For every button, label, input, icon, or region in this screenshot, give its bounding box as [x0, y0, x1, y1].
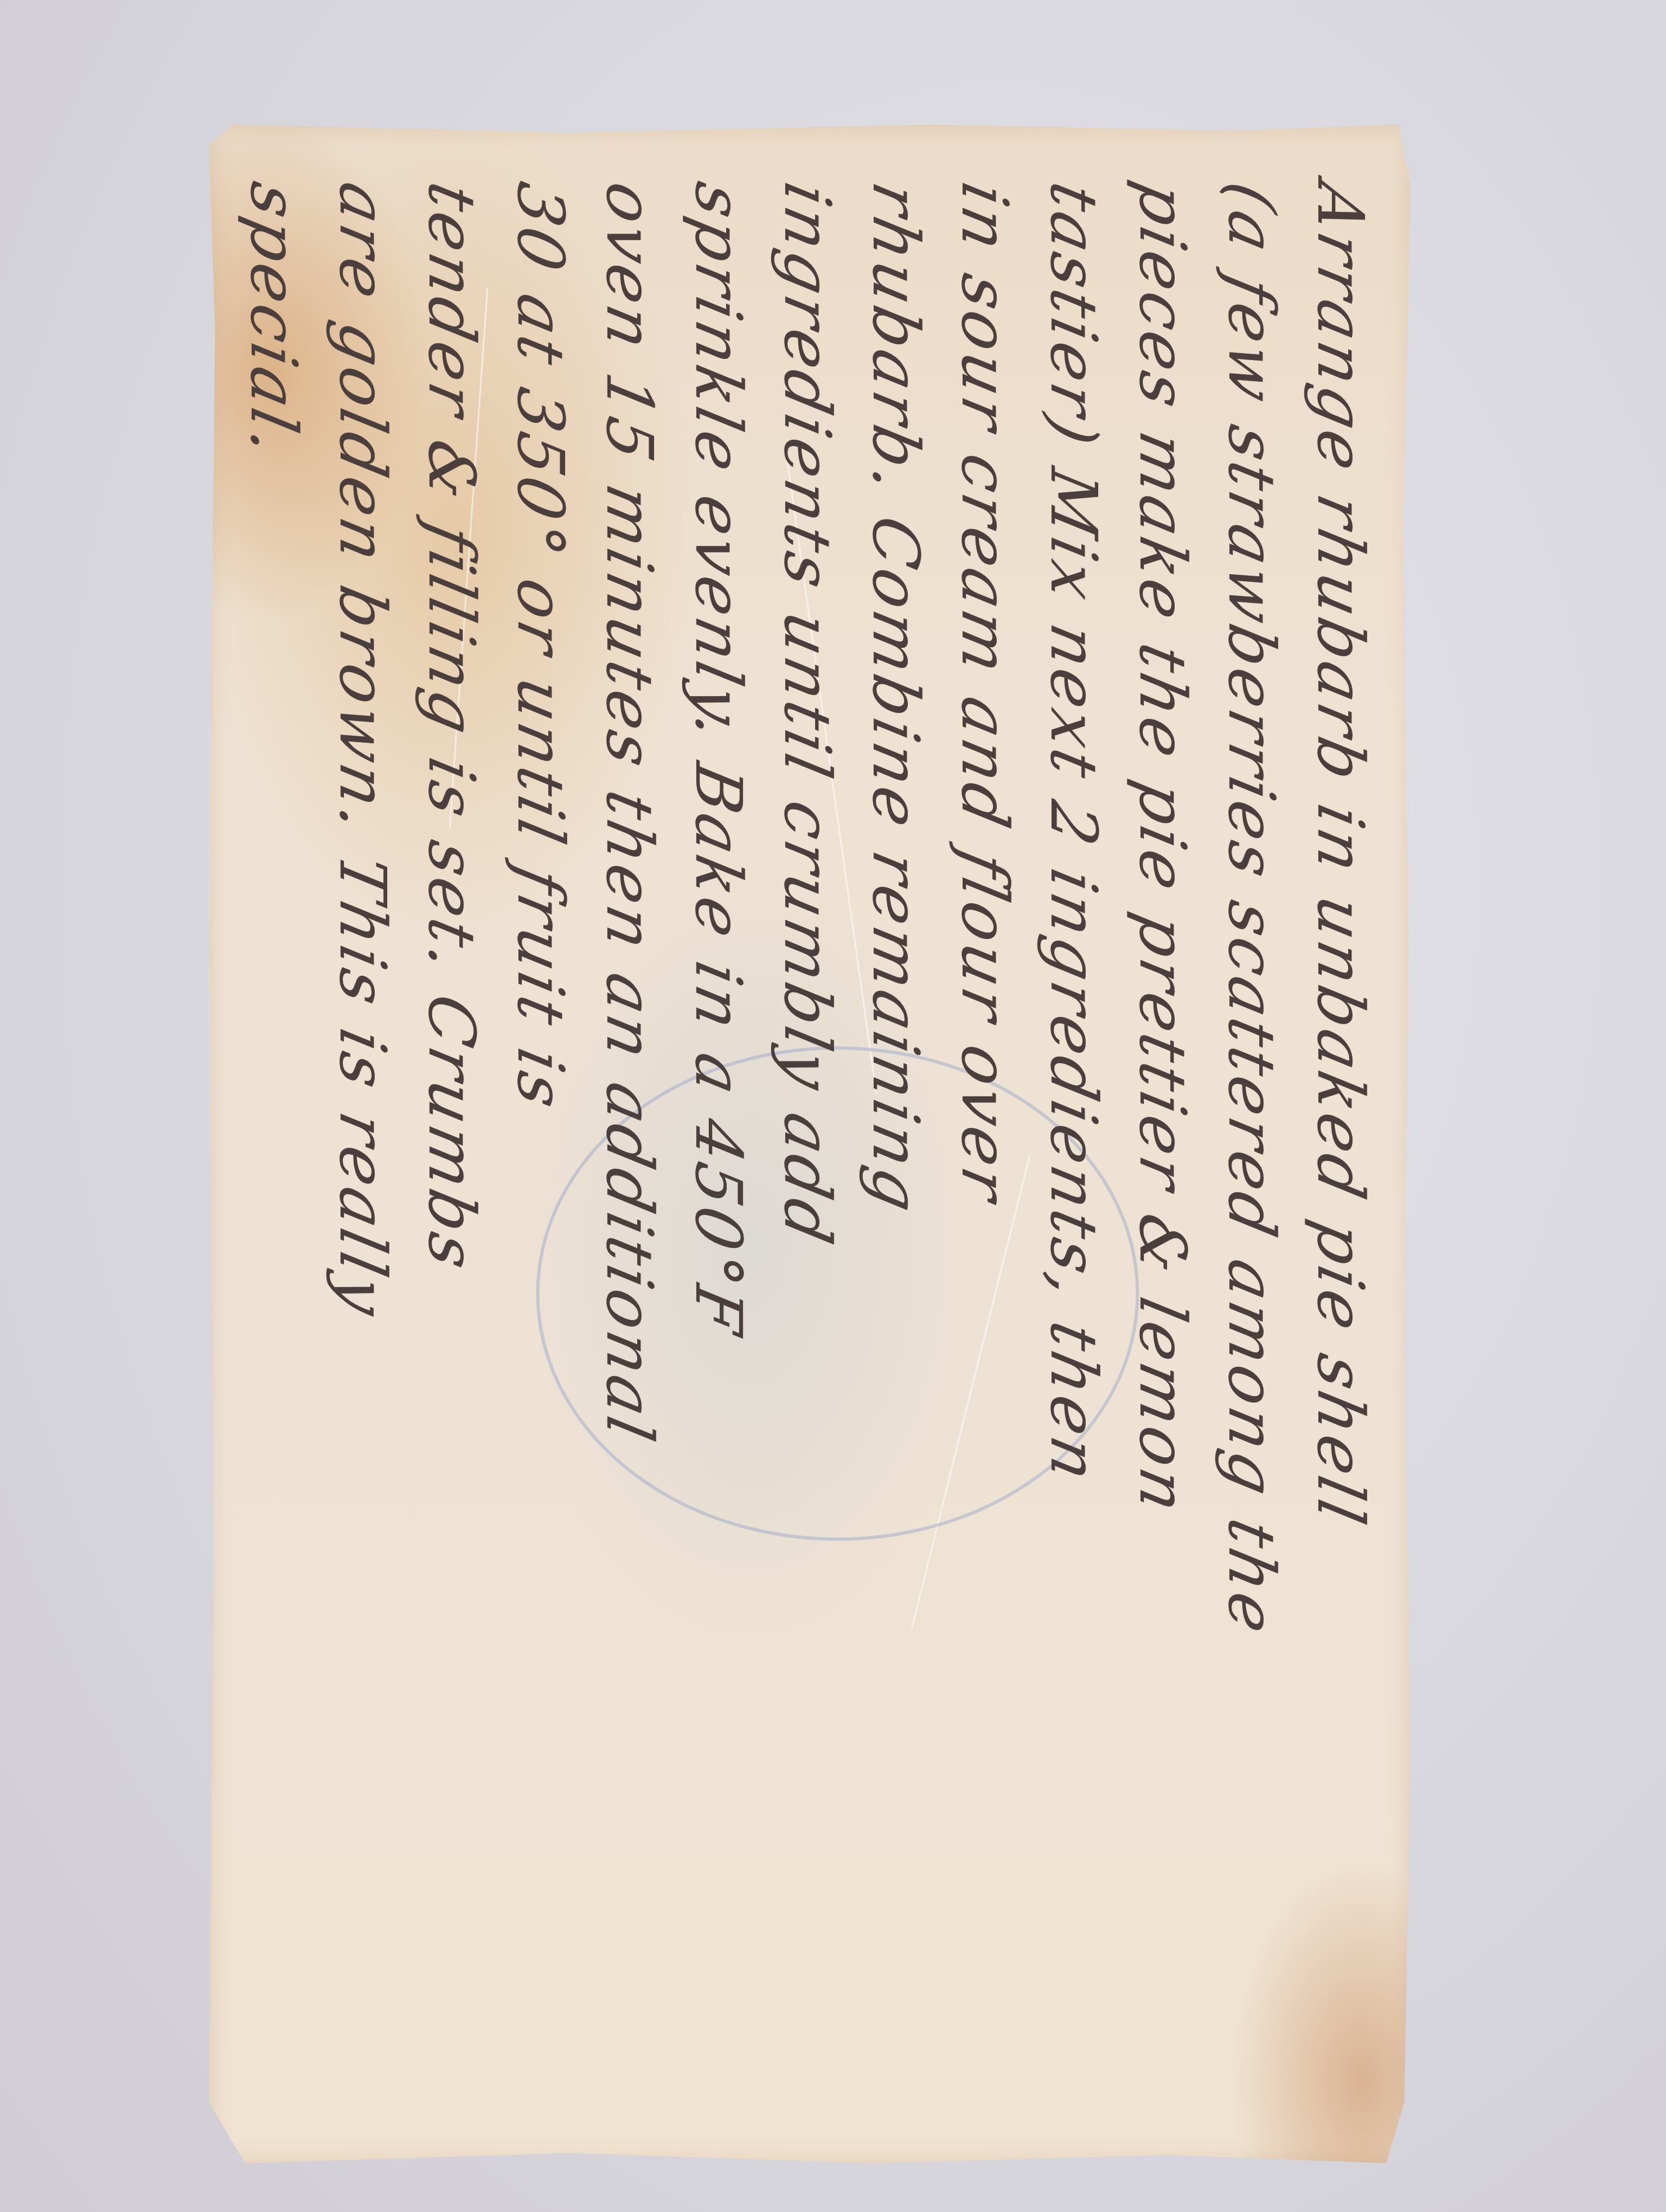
text-line: rhubarb. Combine remaining [863, 177, 927, 2121]
recipe-card: Arrange rhubarb in unbaked pie shell (a … [209, 125, 1410, 2163]
text-line: 30 at 350° or until fruit is [508, 177, 572, 2121]
text-line: tastier) Mix next 2 ingredients, then [1041, 177, 1105, 2121]
text-line: Arrange rhubarb in unbaked pie shell [1308, 177, 1372, 2121]
text-line: oven 15 minutes then an additional [597, 177, 661, 2121]
text-line: (a few strawberries scattered among the [1219, 177, 1283, 2121]
text-line: in sour cream and flour over [952, 177, 1016, 2121]
text-line: special. [241, 177, 305, 2121]
text-line: are golden brown. This is really [330, 177, 394, 2121]
text-line: pieces make the pie prettier & lemon [1130, 177, 1194, 2121]
recipe-card-wrapper: Arrange rhubarb in unbaked pie shell (a … [209, 125, 1410, 2163]
text-line: tender & filling is set. Crumbs [419, 177, 483, 2121]
text-line: ingredients until crumbly add [775, 177, 839, 2121]
text-line: sprinkle evenly. Bake in a 450°F [686, 177, 750, 2121]
handwritten-text: Arrange rhubarb in unbaked pie shell (a … [241, 184, 1372, 2114]
